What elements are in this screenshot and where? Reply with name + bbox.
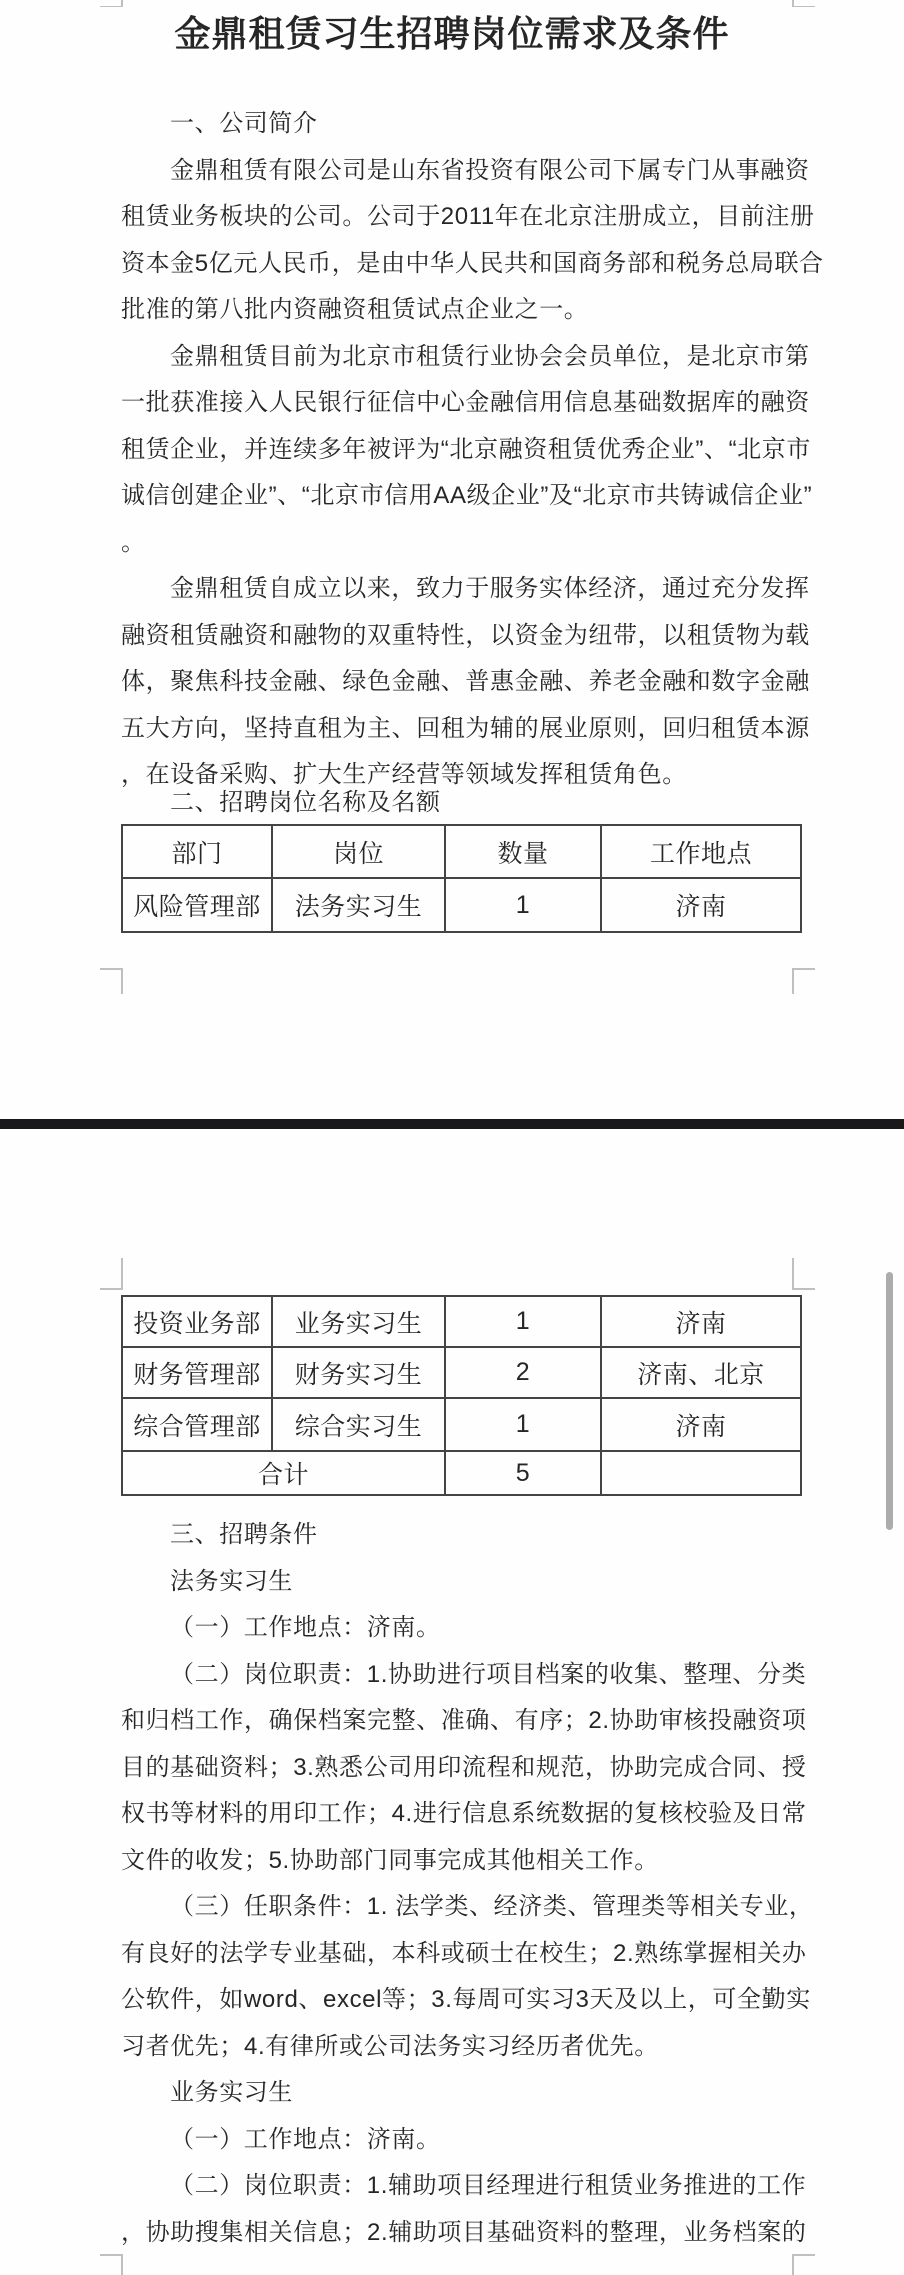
table-cell: 1 — [445, 1296, 601, 1347]
margin-mark-page2-top-right — [792, 1258, 815, 1290]
page1-body-text: 一、公司简介 金鼎租赁有限公司是山东省投资有限公司下属专门从事融资租赁业务板块的… — [121, 101, 811, 799]
table-cell: 1 — [445, 1398, 601, 1451]
text-line: 目的基础资料；3.熟悉公司用印流程和规范，协助完成合同、授 — [121, 1745, 811, 1792]
text-line: 租赁业务板块的公司。公司于2011年在北京注册成立，目前注册 — [121, 194, 811, 241]
section2-heading: 二、招聘岗位名称及名额 — [121, 780, 811, 827]
text-line: （一）工作地点：济南。 — [121, 2117, 811, 2164]
total-label-cell: 合计 — [122, 1451, 445, 1495]
table-header-cell: 数量 — [445, 825, 601, 878]
text-line: 法务实习生 — [121, 1559, 811, 1606]
text-line: 权书等材料的用印工作；4.进行信息系统数据的复核校验及日常 — [121, 1791, 811, 1838]
table-cell: 风险管理部 — [122, 878, 272, 932]
table-cell: 综合管理部 — [122, 1398, 272, 1451]
margin-mark-page1-bottom-left — [100, 968, 123, 994]
margin-mark-page2-bottom-right — [792, 2254, 815, 2275]
text-line: ，协助搜集相关信息；2.辅助项目基础资料的整理，业务档案的 — [121, 2210, 811, 2257]
table-row: 综合管理部综合实习生1济南 — [122, 1398, 801, 1451]
text-line: （二）岗位职责：1.协助进行项目档案的收集、整理、分类 — [121, 1652, 811, 1699]
text-line: 金鼎租赁自成立以来，致力于服务实体经济，通过充分发挥 — [121, 566, 811, 613]
text-line: 一批获准接入人民银行征信中心金融信用信息基础数据库的融资 — [121, 380, 811, 427]
company-intro-paragraphs: 金鼎租赁有限公司是山东省投资有限公司下属专门从事融资租赁业务板块的公司。公司于2… — [121, 148, 811, 799]
table-cell: 济南 — [601, 878, 801, 932]
text-line: 体，聚焦科技金融、绿色金融、普惠金融、养老金融和数字金融 — [121, 659, 811, 706]
text-line: 业务实习生 — [121, 2070, 811, 2117]
margin-mark-top-left — [100, 0, 123, 7]
text-line: 习者优先；4.有律所或公司法务实习经历者优先。 — [121, 2024, 811, 2071]
table-cell: 2 — [445, 1347, 601, 1398]
table-cell: 济南 — [601, 1296, 801, 1347]
table-cell: 综合实习生 — [272, 1398, 445, 1451]
table-cell: 财务管理部 — [122, 1347, 272, 1398]
text-line: 文件的收发；5.协助部门同事完成其他相关工作。 — [121, 1838, 811, 1885]
table-row: 风险管理部法务实习生1济南 — [122, 878, 801, 932]
document-title: 金鼎租赁习生招聘岗位需求及条件 — [0, 10, 904, 58]
text-line: 五大方向，坚持直租为主、回租为辅的展业原则，回归租赁本源 — [121, 706, 811, 753]
scrollbar-thumb[interactable] — [886, 1272, 893, 1530]
table-cell: 财务实习生 — [272, 1347, 445, 1398]
table-cell: 业务实习生 — [272, 1296, 445, 1347]
text-line: 三、招聘条件 — [121, 1512, 811, 1559]
table-header-row: 部门岗位数量工作地点 — [122, 825, 801, 878]
margin-mark-page2-top-left — [100, 1258, 123, 1290]
table-row: 投资业务部业务实习生1济南 — [122, 1296, 801, 1347]
table-cell: 投资业务部 — [122, 1296, 272, 1347]
recruitment-table-page1: 部门岗位数量工作地点 风险管理部法务实习生1济南 — [121, 824, 802, 933]
paragraph: 金鼎租赁有限公司是山东省投资有限公司下属专门从事融资租赁业务板块的公司。公司于2… — [121, 148, 811, 334]
recruitment-table-page2: 投资业务部业务实习生1济南财务管理部财务实习生2济南、北京综合管理部综合实习生1… — [121, 1295, 802, 1496]
text-line: 资本金5亿元人民币，是由中华人民共和国商务部和税务总局联合 — [121, 241, 811, 288]
table-cell: 法务实习生 — [272, 878, 445, 932]
paragraph: 金鼎租赁自成立以来，致力于服务实体经济，通过充分发挥融资租赁融资和融物的双重特性… — [121, 566, 811, 799]
text-line: 金鼎租赁目前为北京市租赁行业协会会员单位，是北京市第 — [121, 334, 811, 381]
text-line: （二）岗位职责：1.辅助项目经理进行租赁业务推进的工作 — [121, 2163, 811, 2210]
page2-body-text: 三、招聘条件法务实习生（一）工作地点：济南。（二）岗位职责：1.协助进行项目档案… — [121, 1512, 811, 2256]
text-line: 。 — [121, 520, 811, 567]
table-header-cell: 部门 — [122, 825, 272, 878]
section2-heading-block: 二、招聘岗位名称及名额 — [121, 780, 811, 827]
table-cell: 1 — [445, 878, 601, 932]
text-line: （三）任职条件：1. 法学类、经济类、管理类等相关专业， — [121, 1884, 811, 1931]
table-row: 财务管理部财务实习生2济南、北京 — [122, 1347, 801, 1398]
text-line: （一）工作地点：济南。 — [121, 1605, 811, 1652]
text-line: 有良好的法学专业基础，本科或硕士在校生；2.熟练掌握相关办 — [121, 1931, 811, 1978]
table-header-cell: 工作地点 — [601, 825, 801, 878]
paragraph: 金鼎租赁目前为北京市租赁行业协会会员单位，是北京市第一批获准接入人民银行征信中心… — [121, 334, 811, 567]
table-cell: 5 — [445, 1451, 601, 1495]
text-line: 批准的第八批内资融资租赁试点企业之一。 — [121, 287, 811, 334]
text-line: 融资租赁融资和融物的双重特性，以资金为纽带，以租赁物为载 — [121, 613, 811, 660]
section1-heading: 一、公司简介 — [121, 101, 811, 148]
text-line: 金鼎租赁有限公司是山东省投资有限公司下属专门从事融资 — [121, 148, 811, 195]
margin-mark-page2-bottom-left — [100, 2254, 123, 2275]
table-cell: 济南 — [601, 1398, 801, 1451]
table-header-cell: 岗位 — [272, 825, 445, 878]
document-viewer: 金鼎租赁习生招聘岗位需求及条件 一、公司简介 金鼎租赁有限公司是山东省投资有限公… — [0, 0, 904, 2275]
margin-mark-page1-bottom-right — [792, 968, 815, 994]
page-separator-bar — [0, 1119, 904, 1129]
table-cell — [601, 1451, 801, 1495]
text-line: 诚信创建企业”、“北京市信用AA级企业”及“北京市共铸诚信企业” — [121, 473, 811, 520]
text-line: 公软件，如word、excel等；3.每周可实习3天及以上，可全勤实 — [121, 1977, 811, 2024]
margin-mark-top-right — [792, 0, 815, 7]
text-line: 租赁企业，并连续多年被评为“北京融资租赁优秀企业”、“北京市 — [121, 427, 811, 474]
table-cell: 济南、北京 — [601, 1347, 801, 1398]
text-line: 和归档工作，确保档案完整、准确、有序；2.协助审核投融资项 — [121, 1698, 811, 1745]
table-total-row: 合计5 — [122, 1451, 801, 1495]
